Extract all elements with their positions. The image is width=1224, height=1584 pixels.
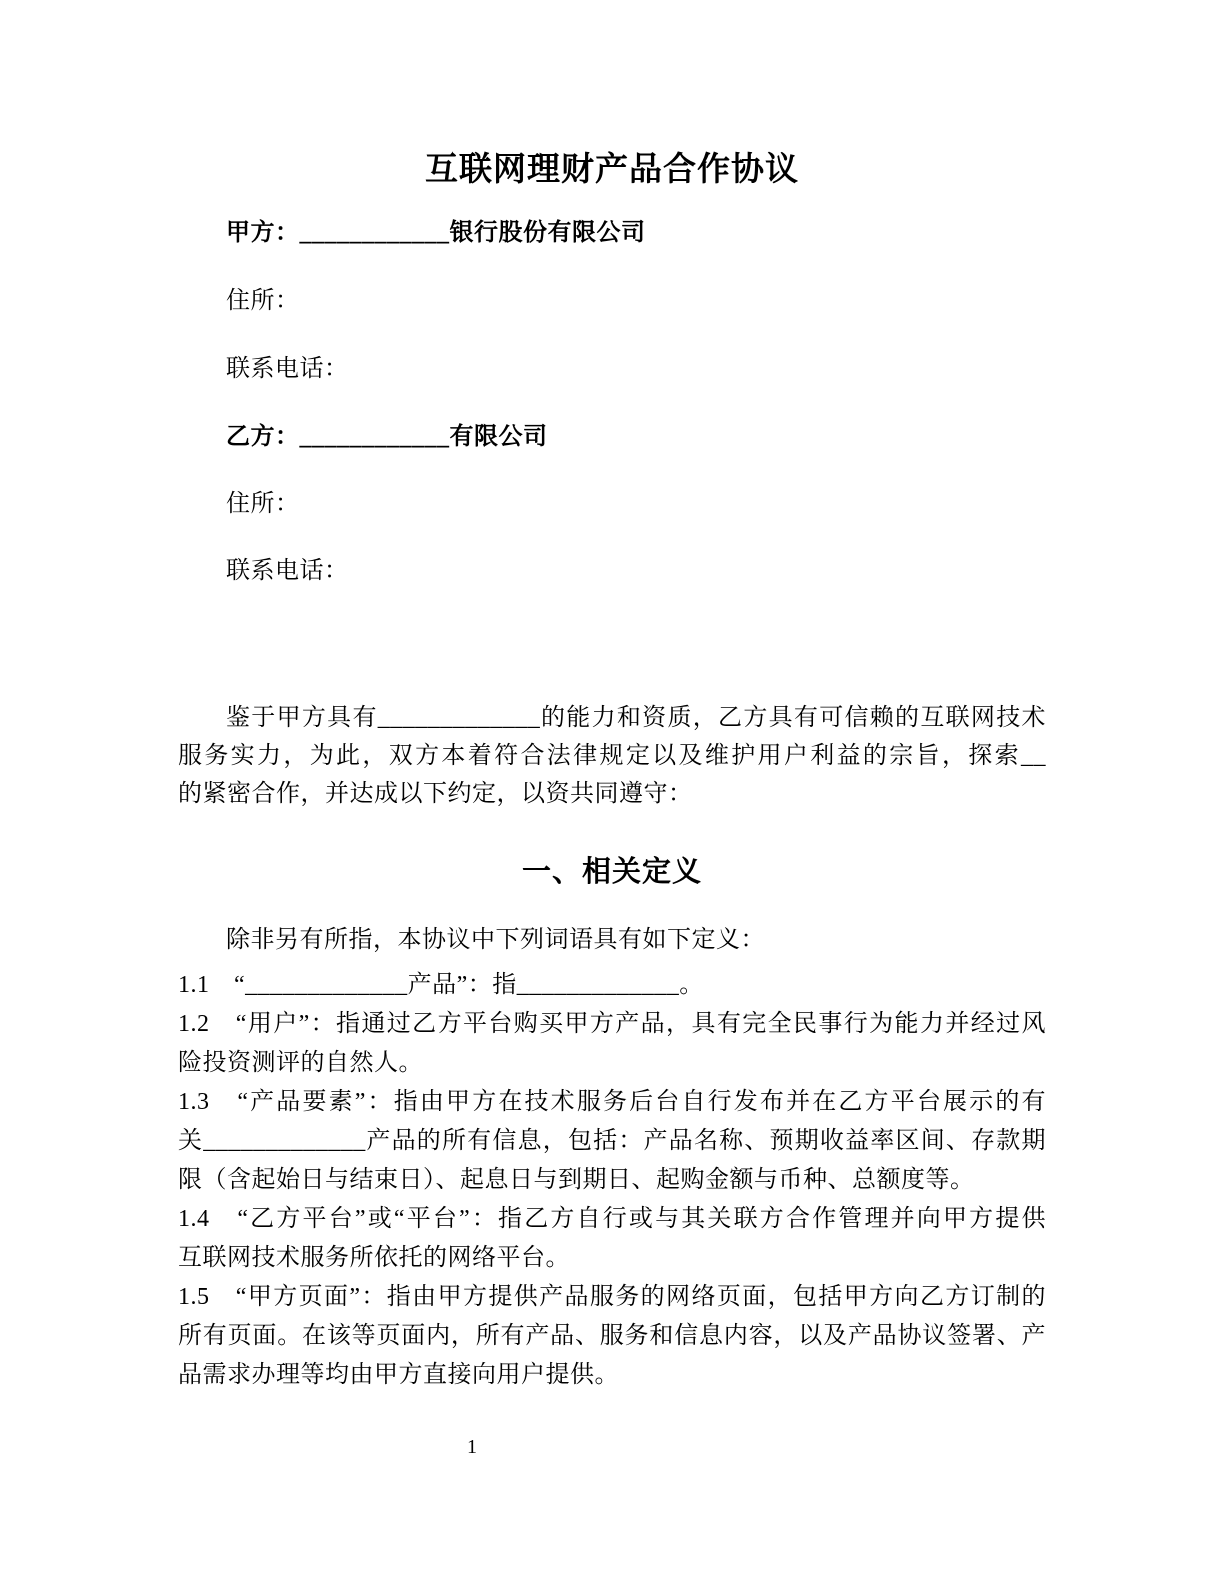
- definition-line: 品需求办理等均由甲方直接向用户提供。: [178, 1356, 1046, 1394]
- document-title: 互联网理财产品合作协议: [0, 148, 1224, 192]
- definitions-intro-line: 除非另有所指，本协议中下列词语具有如下定义：: [178, 921, 1046, 959]
- preamble-line-2: 服务实力，为此，双方本着符合法律规定以及维护用户利益的宗旨，探索__: [178, 737, 1046, 775]
- party-a-line: 甲方：____________银行股份有限公司: [178, 214, 1046, 252]
- document-page: 互联网理财产品合作协议 甲方：____________银行股份有限公司 住所： …: [0, 0, 1224, 1584]
- party-b-phone-line: 联系电话：: [178, 552, 1046, 590]
- definition-line: 1.3 “产品要素”：指由甲方在技术服务后台自行发布并在乙方平台展示的有: [178, 1083, 1046, 1121]
- party-b-address-line: 住所：: [178, 485, 1046, 523]
- definition-line: 关_____________产品的所有信息，包括：产品名称、预期收益率区间、存款…: [178, 1122, 1046, 1160]
- party-a-phone-line: 联系电话：: [178, 350, 1046, 388]
- definition-line: 限（含起始日与结束日）、起息日与到期日、起购金额与币种、总额度等。: [178, 1161, 1046, 1199]
- definition-line: 1.4 “乙方平台”或“平台”：指乙方自行或与其关联方合作管理并向甲方提供: [178, 1200, 1046, 1238]
- definition-line: 1.2 “用户”：指通过乙方平台购买甲方产品，具有完全民事行为能力并经过风: [178, 1005, 1046, 1043]
- definition-line: 1.5 “甲方页面”：指由甲方提供产品服务的网络页面，包括甲方向乙方订制的: [178, 1278, 1046, 1316]
- definition-line: 所有页面。在该等页面内，所有产品、服务和信息内容，以及产品协议签署、产: [178, 1317, 1046, 1355]
- party-b-line: 乙方：____________有限公司: [178, 418, 1046, 456]
- definition-line: 险投资测评的自然人。: [178, 1044, 1046, 1082]
- definition-line: 互联网技术服务所依托的网络平台。: [178, 1239, 1046, 1277]
- page-number: 1: [442, 1432, 502, 1462]
- party-a-address-line: 住所：: [178, 282, 1046, 320]
- preamble-line-1: 鉴于甲方具有_____________的能力和资质，乙方具有可信赖的互联网技术: [178, 699, 1046, 737]
- definition-line: 1.1 “_____________产品”：指_____________。: [178, 966, 1046, 1004]
- preamble-line-3: 的紧密合作，并达成以下约定，以资共同遵守：: [178, 775, 1046, 813]
- section-1-heading: 一、相关定义: [0, 851, 1224, 893]
